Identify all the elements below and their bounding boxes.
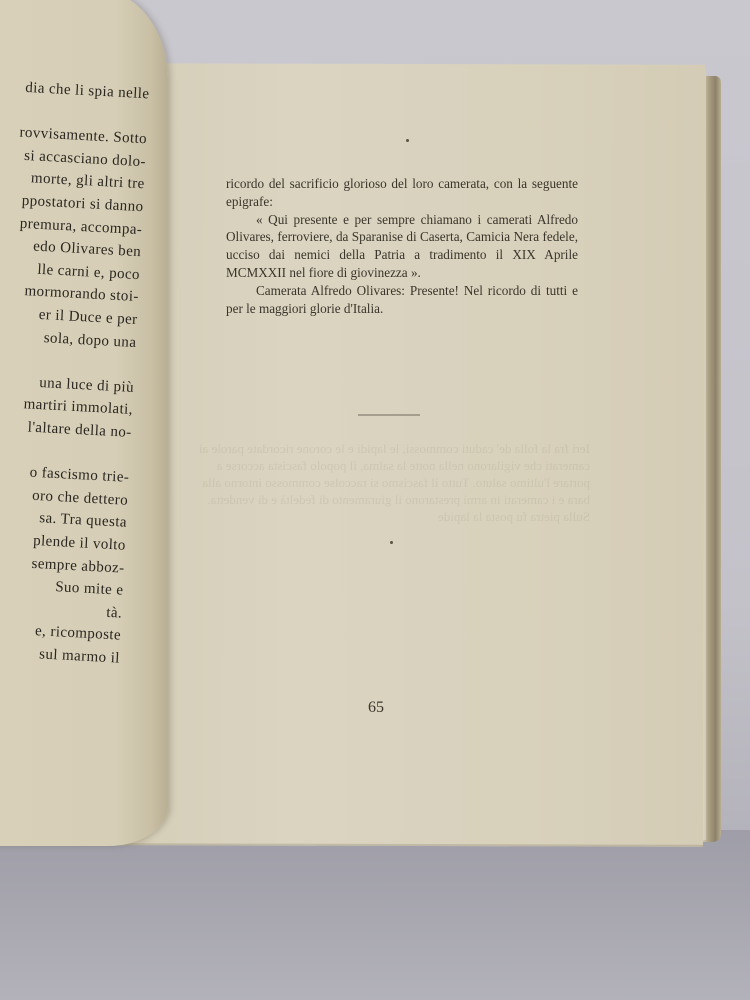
left-page-line: sola, dopo una — [43, 330, 136, 352]
left-page-line: sempre abboz- — [31, 555, 125, 577]
left-page-line: tà. — [106, 605, 123, 623]
paper-speck — [406, 139, 409, 142]
page-number: 65 — [368, 699, 384, 717]
left-page-line: sul marmo il — [39, 646, 120, 667]
left-page-line: plende il volto — [33, 533, 126, 555]
left-page-line: l'altare della no- — [27, 419, 132, 441]
left-page-line: mormorando stoi- — [24, 284, 139, 307]
left-page-line: una luce di più — [39, 375, 134, 397]
section-divider — [358, 414, 420, 416]
page-body: ricordo del sacrificio glorioso del loro… — [226, 175, 578, 317]
left-page-line: ppostatori si danno — [21, 193, 143, 216]
left-page-line: e, ricomposte — [35, 624, 122, 645]
paragraph: Camerata Alfredo Olivares: Presente! Nel… — [226, 282, 578, 318]
left-page-line: si accasciano dolo- — [24, 148, 146, 171]
left-page-line: morte, gli altri tre — [31, 171, 146, 194]
left-page: dia che li spia nellerovvisamente. Sotto… — [0, 0, 168, 846]
left-page-line: rovvisamente. Sotto — [19, 125, 147, 149]
left-page-line: edo Olivares ben — [33, 239, 142, 262]
left-page-line: oro che dettero — [32, 488, 129, 510]
paper-speck — [390, 541, 393, 544]
left-page-line: martiri immolati, — [23, 397, 133, 420]
paragraph: ricordo del sacrificio glorioso del loro… — [226, 175, 578, 211]
left-page-line: Suo mite e — [55, 579, 124, 600]
epigraph-paragraph: « Qui presente e per sempre chiamano i c… — [226, 211, 578, 282]
left-page-line: dia che li spia nelle — [25, 80, 150, 103]
left-page-text: dia che li spia nellerovvisamente. Sotto… — [0, 78, 150, 86]
left-page-line: er il Duce e per — [38, 307, 138, 329]
left-page-line: premura, accompa- — [19, 215, 142, 238]
left-page-line: lle carni e, poco — [37, 262, 140, 284]
left-page-line: o fascismo trie- — [29, 465, 129, 487]
left-page-line: sa. Tra questa — [39, 511, 127, 533]
